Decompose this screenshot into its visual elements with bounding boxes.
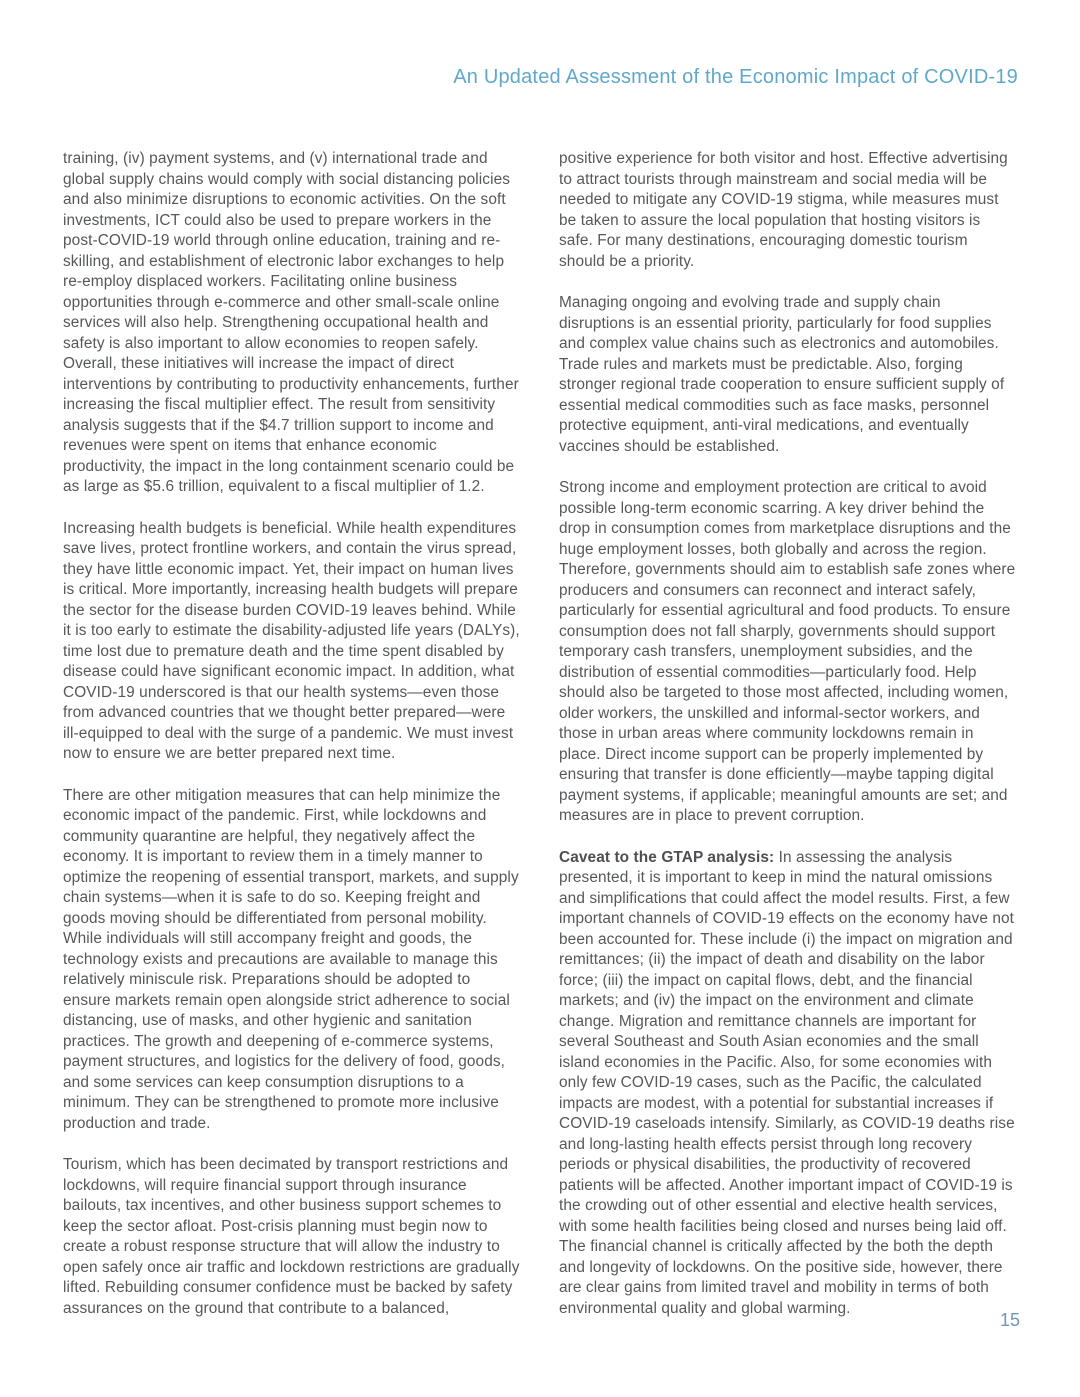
- paragraph-visitor-host: positive experience for both visitor and…: [559, 149, 1017, 272]
- gtap-caveat-label: Caveat to the GTAP analysis:: [559, 849, 774, 866]
- paragraph-training-payment-systems: training, (iv) payment systems, and (v) …: [63, 149, 521, 498]
- paragraph-health-budgets: Increasing health budgets is beneficial.…: [63, 519, 521, 765]
- right-column: positive experience for both visitor and…: [559, 149, 1017, 1319]
- paragraph-trade-supply-chain: Managing ongoing and evolving trade and …: [559, 293, 1017, 457]
- document-page: An Updated Assessment of the Economic Im…: [0, 0, 1080, 1397]
- paragraph-income-employment-protection: Strong income and employment protection …: [559, 478, 1017, 827]
- paragraph-tourism: Tourism, which has been decimated by tra…: [63, 1155, 521, 1319]
- gtap-caveat-text: In assessing the analysis presented, it …: [559, 849, 1015, 1317]
- body-columns: training, (iv) payment systems, and (v) …: [63, 149, 1018, 1319]
- paragraph-mitigation-measures: There are other mitigation measures that…: [63, 786, 521, 1135]
- left-column: training, (iv) payment systems, and (v) …: [63, 149, 521, 1319]
- page-number: 15: [1000, 1308, 1020, 1332]
- paragraph-gtap-caveat: Caveat to the GTAP analysis: In assessin…: [559, 848, 1017, 1320]
- page-header-title: An Updated Assessment of the Economic Im…: [63, 64, 1018, 90]
